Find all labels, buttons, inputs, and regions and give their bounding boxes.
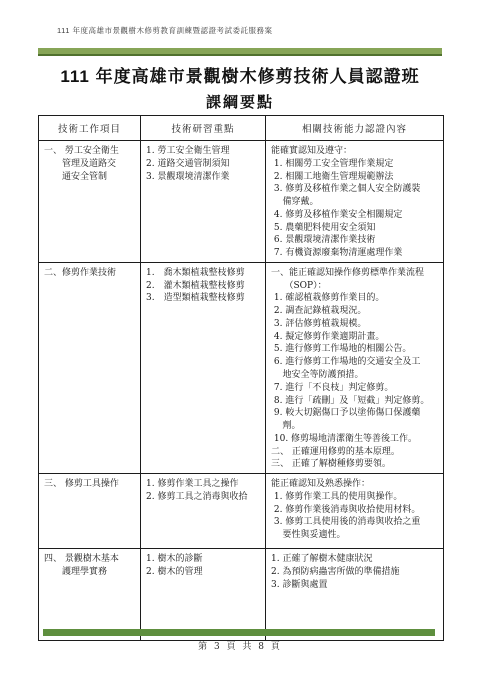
column-header-certification-content: 相關技術能力認證內容 — [266, 116, 444, 141]
cell-certification-content: 能確實認知及遵守： 1. 相關勞工安全管理作業規定 2. 相關工地衛生管理規範辦… — [266, 141, 444, 263]
table-row: 一、 勞工安全衛生 管理及道路交 通安全管制 1. 勞工安全衛生管理 2. 道路… — [39, 141, 444, 263]
cell-training-points: 1. 勞工安全衛生管理 2. 道路交通管制須知 3. 景觀環境清潔作業 — [141, 141, 266, 263]
header-note: 111 年度高雄市景觀樹木修剪教育訓練暨認證考試委託服務案 — [57, 25, 272, 36]
table-row: 四、 景觀樹木基本 護理學實務 1. 樹木的診斷 2. 樹木的管理 1. 正確了… — [39, 549, 444, 641]
cell-certification-content: 能正確認知及熟悉操作： 1. 修剪作業工具的使用與操作。 2. 修剪作業後消毒與… — [266, 474, 444, 549]
cell-work-item: 一、 勞工安全衛生 管理及道路交 通安全管制 — [39, 141, 141, 263]
cell-certification-content: 1. 正確了解樹木健康狀況 2. 為預防病蟲害所做的準備措施 3. 診斷與處置 — [266, 549, 444, 641]
cell-training-points: 1. 樹木的診斷 2. 樹木的管理 — [141, 549, 266, 641]
cell-training-points: 1. 修剪作業工具之操作 2. 修剪工具之消毒與收拾 — [141, 474, 266, 549]
page-title: 111 年度高雄市景觀樹木修剪技術人員認證班 — [0, 62, 480, 87]
table-row: 二、修剪作業技術 1. 喬木類植栽整枝修剪 2. 灌木類植栽整枝修剪 3. 造型… — [39, 262, 444, 473]
header-rule — [38, 48, 442, 56]
cell-work-item: 三、 修剪工具操作 — [39, 474, 141, 549]
table-header-row: 技術工作項目 技術研習重點 相關技術能力認證內容 — [39, 116, 444, 141]
cell-work-item: 四、 景觀樹木基本 護理學實務 — [39, 549, 141, 641]
document-page: 111 年度高雄市景觀樹木修剪教育訓練暨認證考試委託服務案 111 年度高雄市景… — [0, 0, 480, 679]
cell-training-points: 1. 喬木類植栽整枝修剪 2. 灌木類植栽整枝修剪 3. 造型類植栽整枝修剪 — [141, 262, 266, 473]
page-subtitle: 課綱要點 — [0, 91, 480, 112]
course-outline-table: 技術工作項目 技術研習重點 相關技術能力認證內容 一、 勞工安全衛生 管理及道路… — [38, 115, 444, 641]
cell-work-item: 二、修剪作業技術 — [39, 262, 141, 473]
page-number: 第 3 頁 共 8 頁 — [0, 639, 480, 652]
table-row: 三、 修剪工具操作 1. 修剪作業工具之操作 2. 修剪工具之消毒與收拾 能正確… — [39, 474, 444, 549]
cell-certification-content: 一、能正確認知操作修剪標準作業流程 （SOP）： 1. 確認植栽修剪作業目的。 … — [266, 262, 444, 473]
column-header-training-points: 技術研習重點 — [141, 116, 266, 141]
column-header-work-item: 技術工作項目 — [39, 116, 141, 141]
footer-rule — [43, 629, 435, 636]
